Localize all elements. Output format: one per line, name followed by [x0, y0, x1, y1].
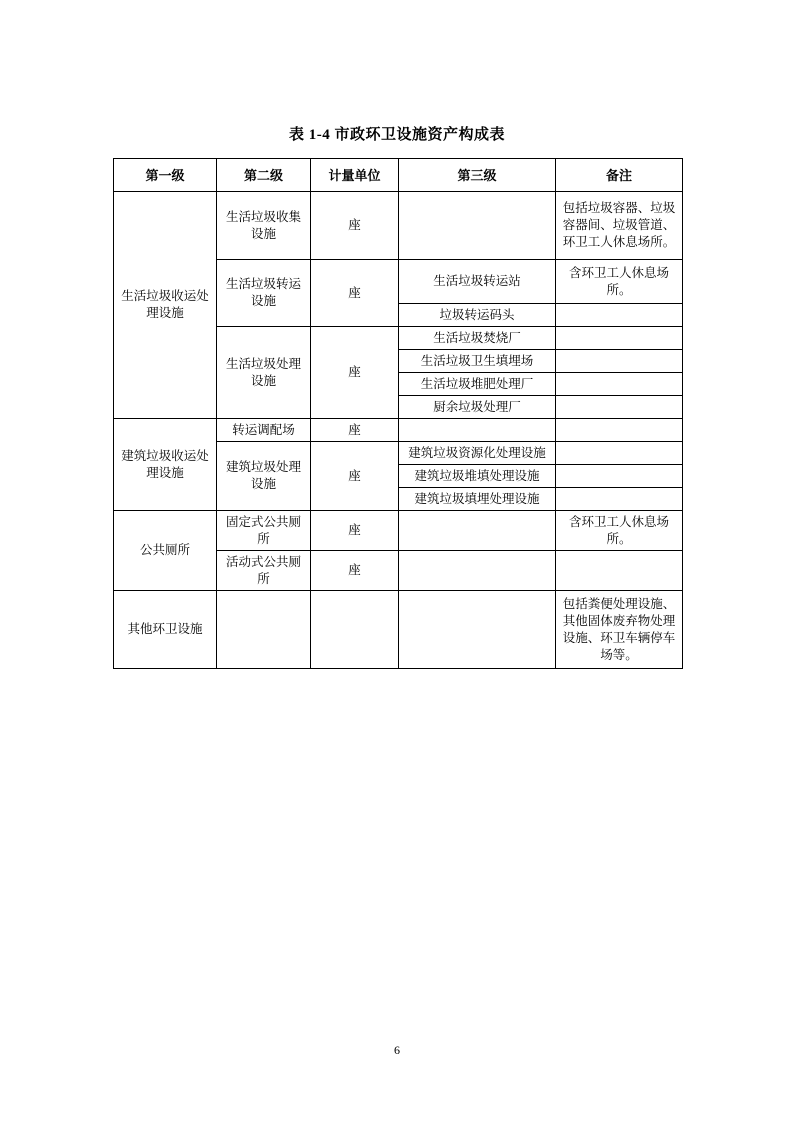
cell-level1: 公共厕所 — [114, 511, 217, 591]
cell-level1: 其他环卫设施 — [114, 591, 217, 669]
cell-unit: 座 — [311, 511, 399, 551]
cell-remark — [556, 551, 683, 591]
cell-level2: 生活垃圾处理设施 — [217, 327, 311, 419]
cell-remark: 包括粪便处理设施、其他固体废弃物处理设施、环卫车辆停车场等。 — [556, 591, 683, 669]
cell-level3 — [399, 591, 556, 669]
cell-remark — [556, 304, 683, 327]
cell-level3: 生活垃圾堆肥处理厂 — [399, 373, 556, 396]
cell-level2: 活动式公共厕所 — [217, 551, 311, 591]
page-number: 6 — [0, 1043, 794, 1058]
table-title: 表 1-4 市政环卫设施资产构成表 — [0, 123, 794, 144]
cell-level3 — [399, 551, 556, 591]
cell-level3 — [399, 419, 556, 442]
cell-remark: 含环卫工人休息场所。 — [556, 511, 683, 551]
header-level2: 第二级 — [217, 159, 311, 192]
header-level1: 第一级 — [114, 159, 217, 192]
cell-remark: 含环卫工人休息场所。 — [556, 260, 683, 304]
cell-remark — [556, 465, 683, 488]
cell-remark — [556, 350, 683, 373]
cell-level2: 转运调配场 — [217, 419, 311, 442]
document-page: 表 1-4 市政环卫设施资产构成表 第一级 第二级 计量单位 第三级 备注 生活… — [0, 0, 794, 1123]
table-row: 其他环卫设施 包括粪便处理设施、其他固体废弃物处理设施、环卫车辆停车场等。 — [114, 591, 683, 669]
asset-composition-table: 第一级 第二级 计量单位 第三级 备注 生活垃圾收运处理设施 生活垃圾收集设施 … — [113, 158, 683, 669]
cell-remark — [556, 373, 683, 396]
cell-unit — [311, 591, 399, 669]
cell-remark — [556, 396, 683, 419]
cell-unit: 座 — [311, 260, 399, 327]
cell-level2: 固定式公共厕所 — [217, 511, 311, 551]
table-row: 生活垃圾收运处理设施 生活垃圾收集设施 座 包括垃圾容器、垃圾容器间、垃圾管道、… — [114, 192, 683, 260]
header-level3: 第三级 — [399, 159, 556, 192]
cell-level3: 垃圾转运码头 — [399, 304, 556, 327]
cell-remark: 包括垃圾容器、垃圾容器间、垃圾管道、环卫工人休息场所。 — [556, 192, 683, 260]
cell-level3: 建筑垃圾堆填处理设施 — [399, 465, 556, 488]
cell-remark — [556, 419, 683, 442]
cell-level1: 建筑垃圾收运处理设施 — [114, 419, 217, 511]
cell-level2 — [217, 591, 311, 669]
cell-level2: 生活垃圾转运设施 — [217, 260, 311, 327]
cell-level3: 生活垃圾焚烧厂 — [399, 327, 556, 350]
header-unit: 计量单位 — [311, 159, 399, 192]
cell-level3: 生活垃圾卫生填埋场 — [399, 350, 556, 373]
cell-remark — [556, 488, 683, 511]
table-row: 公共厕所 固定式公共厕所 座 含环卫工人休息场所。 — [114, 511, 683, 551]
cell-level3: 建筑垃圾资源化处理设施 — [399, 442, 556, 465]
cell-level3: 生活垃圾转运站 — [399, 260, 556, 304]
cell-unit: 座 — [311, 419, 399, 442]
cell-level2: 生活垃圾收集设施 — [217, 192, 311, 260]
cell-unit: 座 — [311, 442, 399, 511]
cell-level3 — [399, 511, 556, 551]
cell-unit: 座 — [311, 327, 399, 419]
cell-remark — [556, 327, 683, 350]
table-row: 建筑垃圾收运处理设施 转运调配场 座 — [114, 419, 683, 442]
cell-level3: 厨余垃圾处理厂 — [399, 396, 556, 419]
cell-remark — [556, 442, 683, 465]
cell-level2: 建筑垃圾处理设施 — [217, 442, 311, 511]
header-remark: 备注 — [556, 159, 683, 192]
header-row: 第一级 第二级 计量单位 第三级 备注 — [114, 159, 683, 192]
cell-unit: 座 — [311, 551, 399, 591]
cell-level3: 建筑垃圾填埋处理设施 — [399, 488, 556, 511]
cell-unit: 座 — [311, 192, 399, 260]
cell-level3 — [399, 192, 556, 260]
cell-level1: 生活垃圾收运处理设施 — [114, 192, 217, 419]
